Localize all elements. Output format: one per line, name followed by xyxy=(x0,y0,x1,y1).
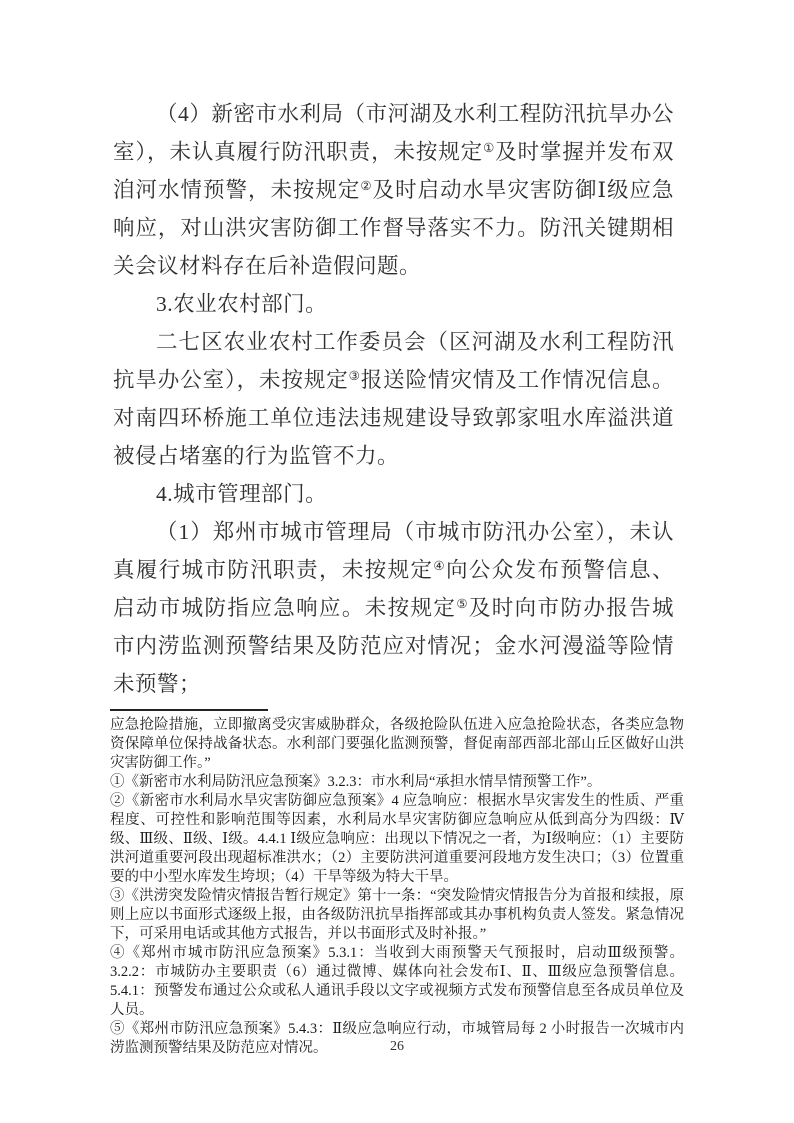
page-number: 26 xyxy=(0,1039,794,1055)
body-paragraph: 4.城市管理部门。 xyxy=(113,475,674,513)
body-paragraph: 3.农业农村部门。 xyxy=(113,285,674,323)
footnote-separator xyxy=(110,709,268,711)
footnote-item: ④《郑州市城市防汛应急预案》5.3.1：当收到大雨预警天气预报时，启动Ⅲ级预警。… xyxy=(110,944,684,1020)
footnote-item: ②《新密市水利局水旱灾害防御应急预案》4 应急响应：根据水旱灾害发生的性质、严重… xyxy=(110,792,684,887)
footnote-ref-marker: ⑤ xyxy=(456,597,469,611)
footnote-ref-marker: ④ xyxy=(433,559,446,573)
document-page: （4）新密市水利局（市河湖及水利工程防汛抗旱办公室），未认真履行防汛职责，未按规… xyxy=(0,0,794,1123)
body-text: （4）新密市水利局（市河湖及水利工程防汛抗旱办公室），未认真履行防汛职责，未按规… xyxy=(113,95,674,703)
body-paragraph: （1）郑州市城市管理局（市城市防汛办公室），未认真履行城市防汛职责，未按规定④向… xyxy=(113,513,674,703)
footnotes-section: 应急抢险措施，立即撤离受灾害威胁群众，各级抢险队伍进入应急抢险状态，各类应急物资… xyxy=(110,716,684,1058)
footnote-ref-marker: ③ xyxy=(349,369,361,383)
body-paragraph: （4）新密市水利局（市河湖及水利工程防汛抗旱办公室），未认真履行防汛职责，未按规… xyxy=(113,95,674,285)
footnote-ref-marker: ① xyxy=(483,141,495,155)
footnote-ref-marker: ② xyxy=(360,179,372,193)
footnote-item: 应急抢险措施，立即撤离受灾害威胁群众，各级抢险队伍进入应急抢险状态，各类应急物资… xyxy=(110,716,684,773)
footnote-item: ①《新密市水利局防汛应急预案》3.2.3：市水利局“承担水情旱情预警工作”。 xyxy=(110,773,684,792)
footnote-item: ③《洪涝突发险情灾情报告暂行规定》第十一条：“突发险情灾情报告分为首报和续报，原… xyxy=(110,887,684,944)
body-paragraph: 二七区农业农村工作委员会（区河湖及水利工程防汛抗旱办公室），未按规定③报送险情灾… xyxy=(113,323,674,475)
